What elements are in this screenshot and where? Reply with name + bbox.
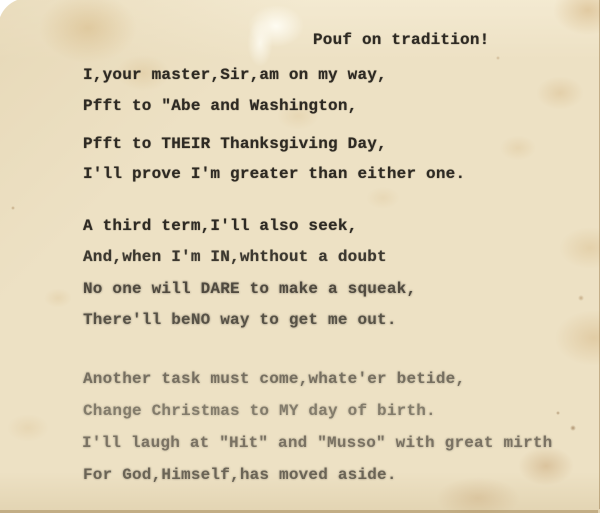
poem-line: No one will DARE to make a squeak, xyxy=(83,280,416,298)
poem-line: I,your master,Sir,am on my way, xyxy=(83,66,387,84)
poem-line: There'll beNO way to get me out. xyxy=(83,311,397,329)
typewritten-page: Pouf on tradition! I,your master,Sir,am … xyxy=(0,0,600,511)
poem-line: I'll laugh at "Hit" and "Musso" with gre… xyxy=(82,434,552,452)
poem-line: Pfft to THEIR Thanksgiving Day, xyxy=(83,135,387,153)
poem-line: Pfft to "Abe and Washington, xyxy=(83,97,357,115)
poem-line: Change Christmas to MY day of birth. xyxy=(83,402,436,420)
poem-line: I'll prove I'm greater than either one. xyxy=(83,165,465,183)
poem-title: Pouf on tradition! xyxy=(313,31,489,49)
poem-line: And,when I'm IN,whthout a doubt xyxy=(83,248,387,266)
poem-line: A third term,I'll also seek, xyxy=(83,217,357,235)
poem-line: For God,Himself,has moved aside. xyxy=(83,466,397,484)
poem-line: Another task must come,whate'er betide, xyxy=(83,370,465,388)
